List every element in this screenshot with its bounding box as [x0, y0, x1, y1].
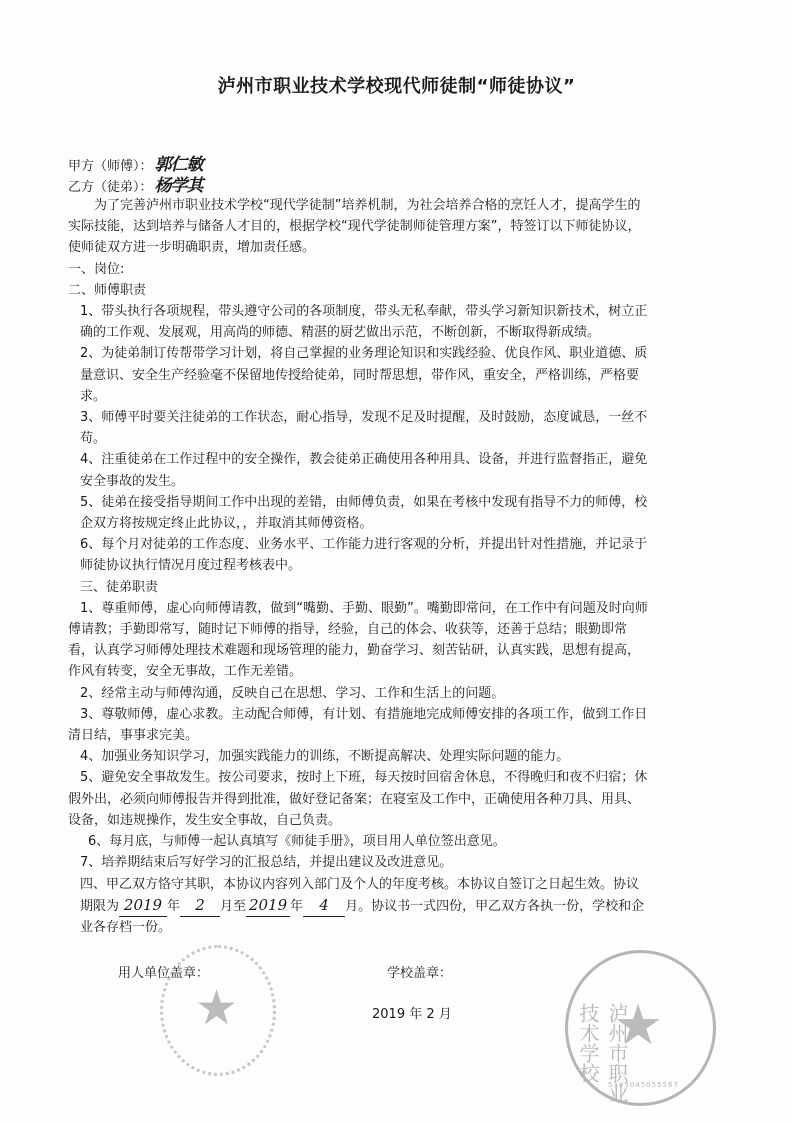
section-2-heading: 二、师傅职责: [68, 280, 648, 301]
employer-seal-label: 用人单位盖章：: [118, 962, 209, 981]
apprentice-duty-item: 6、每月底，与师傅一起认真填写《师徒手册》，项目用人单位签出意见。: [68, 831, 648, 852]
signing-date: 2019 年 2 月: [372, 1003, 452, 1022]
star-icon: ★: [195, 984, 238, 1032]
apprentice-duty-item: 2、经常主动与师傅沟通，反映自己在思想、学习、工作和生活上的问题。: [68, 683, 648, 704]
apprentice-duty-item: 5、避免安全事故发生。按公司要求，按时上下班，每天按时回宿舍休息，不得晚归和夜不…: [68, 767, 648, 831]
mentor-duty-item: 3、师傅平时要关注徒弟的工作状态，耐心指导，发现不足及时提醒，及时鼓励，态度诚恳…: [68, 407, 648, 449]
end-month-field: 4: [303, 895, 345, 917]
school-seal-label: 学校盖章：: [387, 962, 452, 981]
school-seal: ★ 泸州市职业技术学校 5105045055567: [565, 950, 716, 1106]
year-label: 年: [290, 899, 303, 914]
document-title: 泸州市职业技术学校现代师徒制“师徒协议”: [0, 72, 793, 98]
apprentice-duty-item: 1、尊重师傅，虚心向师傅请教，做到“嘴勤、手勤、眼勤”。嘴勤即常问，在工作中有问…: [68, 598, 648, 683]
start-month-field: 2: [180, 895, 220, 917]
mentor-duty-item: 4、注重徒弟在工作过程中的安全操作，教会徒弟正确使用各种用具、设备，并进行监督指…: [68, 449, 648, 491]
section-3-heading: 三、徒弟职责: [68, 577, 648, 598]
intro-paragraph: 为了完善泸州市职业技术学校“现代学徒制”培养机制，为社会培养合格的烹饪人才，提高…: [68, 195, 648, 259]
apprentice-duty-item: 3、尊敬师傅，虚心求教。主动配合师傅，有计划、有措施地完成师傅安排的各项工作，做…: [68, 704, 648, 746]
party-b: 乙方（徒弟）：杨学其: [68, 171, 203, 196]
section-1-heading: 一、岗位:: [68, 259, 648, 280]
party-b-signature: 杨学其: [155, 176, 203, 196]
month-to-label: 月至: [220, 899, 246, 914]
mentor-duty-item: 2、为徒弟制订传帮带学习计划，将自己掌握的业务理论知识和实践经验、优良作风、职业…: [68, 343, 648, 407]
year-label: 年: [167, 899, 180, 914]
end-year-field: 2019: [246, 895, 290, 917]
mentor-duty-item: 5、徒弟在接受指导期间工作中出现的差错，由师傅负责，如果在考核中发现有指导不力的…: [68, 492, 648, 534]
apprentice-duty-item: 7、培养期结束后写好学习的汇报总结，并提出建议及改进意见。: [68, 852, 648, 873]
school-seal-number: 5105045055567: [608, 1081, 679, 1089]
agreement-body: 为了完善泸州市职业技术学校“现代学徒制”培养机制，为社会培养合格的烹饪人才，提高…: [68, 195, 648, 938]
apprentice-duty-item: 4、加强业务知识学习，加强实践能力的训练，不断提高解决、处理实际问题的能力。: [68, 746, 648, 767]
mentor-duty-item: 1、带头执行各项规程，带头遵守公司的各项制度，带头无私奉献，带头学习新知识新技术…: [68, 301, 648, 343]
section-4-paragraph: 四、甲乙双方恪守其职，本协议内容列入部门及个人的年度考核。本协议自签订之日起生效…: [68, 874, 648, 939]
party-b-label: 乙方（徒弟）：: [68, 180, 153, 195]
mentor-duty-item: 6、每个月对徒弟的工作态度、业务水平、工作能力进行客观的分析，并提出针对性措施，…: [68, 534, 648, 576]
start-year-field: 2019: [119, 895, 167, 917]
